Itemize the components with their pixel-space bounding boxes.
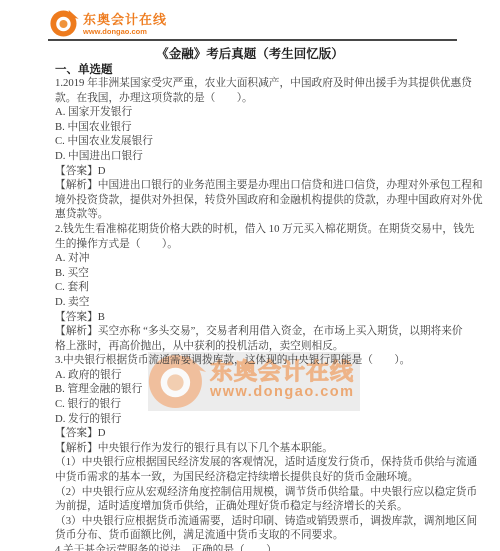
brand-logo-icon (50, 9, 79, 38)
text-line: B. 中国农业银行 (55, 120, 465, 135)
text-line: （2）中央银行应从宏观经济角度控制信用规模，调节货币供给量。中央银行应以稳定货币 (55, 485, 465, 500)
text-line: C. 中国农业发展银行 (55, 134, 465, 149)
text-line: C. 银行的银行 (55, 397, 465, 412)
text-line: D. 卖空 (55, 295, 465, 310)
text-line: （1）中央银行应根据国民经济发展的客观情况，适时适度发行货币，保持货币供给与流通 (55, 455, 465, 470)
text-line: 货币分布、货币面额比例，满足流通中货币支取的不同要求。 (55, 528, 465, 543)
text-line: D. 中国进出口银行 (55, 149, 465, 164)
brand-logo: 东奥会计在线 www.dongao.com (50, 9, 167, 38)
text-line: 惠贷款等。 (55, 207, 465, 222)
header-divider (48, 39, 457, 41)
text-line: 【解析】中央银行作为发行的银行具有以下几个基本职能。 (55, 441, 465, 456)
text-line: B. 管理金融的银行 (55, 382, 465, 397)
text-line: 4.关于基金运营服务的说法，正确的是（ ）。 (55, 543, 465, 551)
document-body: 1.2019 年非洲某国家受灾严重，农业大面积减产，中国政府及时伸出援手为其提供… (55, 76, 465, 551)
page-header: 东奥会计在线 www.dongao.com (0, 0, 500, 41)
text-line: 1.2019 年非洲某国家受灾严重，农业大面积减产，中国政府及时伸出援手为其提供… (55, 76, 465, 91)
text-line: 款。在我国，办理这项贷款的是（ ）。 (55, 91, 465, 106)
text-line: 境外投资贷款，提供对外担保，转贷外国政府和金融机构提供的贷款，办理中国政府对外优 (55, 193, 465, 208)
text-line: 中货币需求的基本一致，为国民经济稳定持续增长提供良好的货币金融环境。 (55, 470, 465, 485)
text-line: 为前提，适时适度增加货币供给，正确处理好货币稳定与经济增长的关系。 (55, 499, 465, 514)
brand-name: 东奥会计在线 (83, 13, 167, 26)
text-line: 格上涨时，再高价抛出，从中获利的投机活动，卖空则相反。 (55, 339, 465, 354)
text-line: 【解析】中国进出口银行的业务范围主要是办理出口信贷和进口信贷，办理对外承包工程和 (55, 178, 465, 193)
text-line: 【答案】B (55, 310, 465, 325)
text-line: 2.钱先生看准棉花期货价格大跌的时机，借入 10 万元买入棉花期货。在期货交易中… (55, 222, 465, 237)
document-page: 东奥会计在线 www.dongao.com 东奥会计在线 www.dongao.… (0, 0, 500, 551)
brand-url: www.dongao.com (83, 28, 167, 36)
text-line: 【解析】买空亦称 “多头交易”，交易者利用借入资金，在市场上买入期货，以期将来价 (55, 324, 465, 339)
text-line: C. 套利 (55, 280, 465, 295)
section-heading: 一、单选题 (55, 61, 113, 77)
brand-text: 东奥会计在线 www.dongao.com (83, 9, 167, 36)
page-title: 《金融》考后真题（考生回忆版） (0, 44, 500, 62)
text-line: D. 发行的银行 (55, 412, 465, 427)
text-line: B. 买空 (55, 266, 465, 281)
text-line: （3）中央银行应根据货币流通需要，适时印刷、铸造或销毁票币，调拨库款，调剂地区间 (55, 514, 465, 529)
text-line: 【答案】D (55, 426, 465, 441)
text-line: 生的操作方式是（ ）。 (55, 237, 465, 252)
text-line: 【答案】D (55, 164, 465, 179)
text-line: A. 国家开发银行 (55, 105, 465, 120)
text-line: A. 对冲 (55, 251, 465, 266)
text-line: 3.中央银行根据货币流通需要调拨库款，这体现的中央银行职能是（ ）。 (55, 353, 465, 368)
text-line: A. 政府的银行 (55, 368, 465, 383)
